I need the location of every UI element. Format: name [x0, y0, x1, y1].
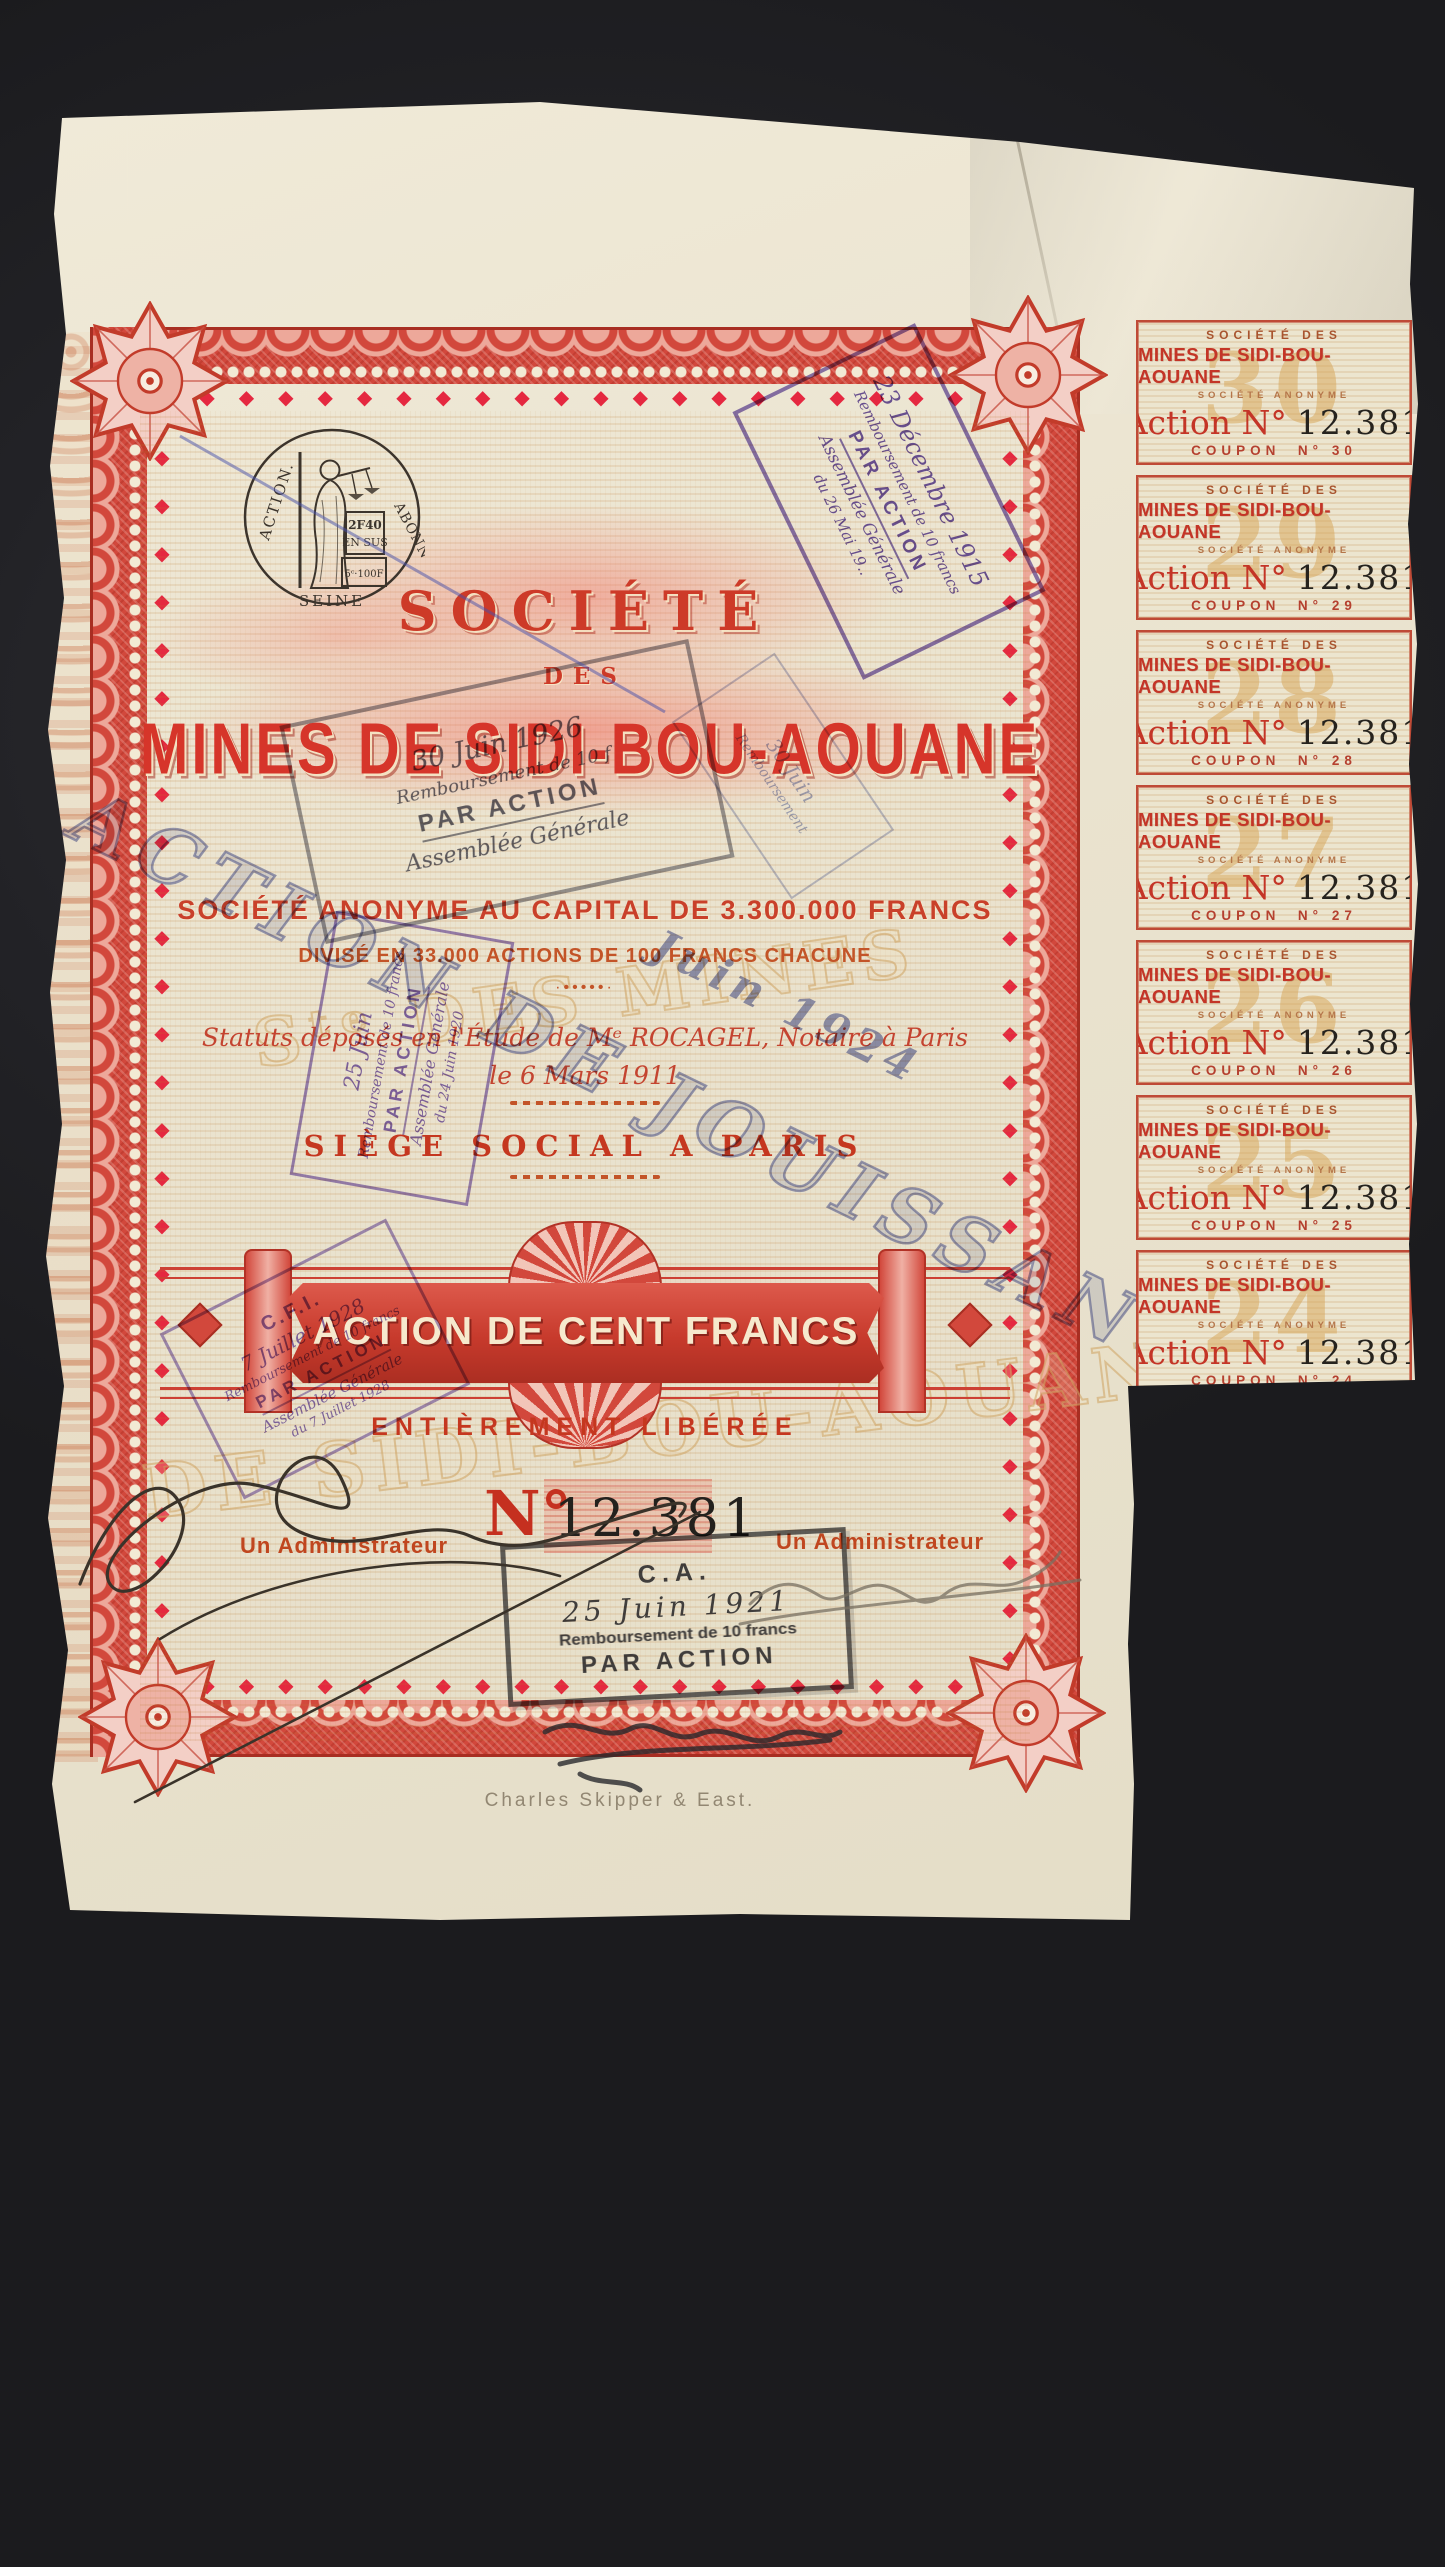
coupon-label: COUPON [1191, 753, 1280, 768]
coupon-action-number-row: Action N°12.381 [1136, 1178, 1412, 1217]
coupon-action-number-row: Action N°12.381 [1136, 868, 1412, 907]
coupon-number: 25 [1332, 1218, 1357, 1233]
denomination-banner: ACTION DE CENT FRANCS AU PORTEUR [288, 1283, 884, 1383]
coupon-company-name: MINES DE SIDI-BOU-AOUANE [1138, 654, 1410, 698]
coupon-number: 24 [1332, 1373, 1357, 1388]
coupon-subtitle: SOCIÉTÉ ANONYME [1198, 1320, 1351, 1331]
coupon-action-number-row: Action N°12.381 [1136, 403, 1412, 442]
coupon-action-label: Action N° [1136, 403, 1287, 442]
coupon-number: 28 [1332, 753, 1357, 768]
title-societe: SOCIÉTÉ [140, 579, 1030, 643]
coupon-number-row: COUPON N° 30 [1191, 443, 1357, 458]
coupon-company-small: SOCIÉTÉ DES [1206, 483, 1342, 497]
dividend-coupon: 30 SOCIÉTÉ DES MINES DE SIDI-BOU-AOUANE … [1136, 320, 1412, 465]
dividend-coupon: 24 SOCIÉTÉ DES MINES DE SIDI-BOU-AOUANE … [1136, 1250, 1412, 1395]
coupon-subtitle: SOCIÉTÉ ANONYME [1198, 1010, 1351, 1021]
coupon-action-number: 12.381 [1297, 558, 1412, 597]
coupon-action-number: 12.381 [1297, 868, 1412, 907]
coupon-label: COUPON [1191, 1373, 1280, 1388]
coupon-company-name: MINES DE SIDI-BOU-AOUANE [1138, 1274, 1410, 1318]
coupon-action-label: Action N° [1136, 1023, 1287, 1062]
coupon-company-name: MINES DE SIDI-BOU-AOUANE [1138, 499, 1410, 543]
coupon-number: 29 [1332, 598, 1357, 613]
coupon-action-number: 12.381 [1297, 1333, 1412, 1372]
coupon-number-row: COUPON N° 26 [1191, 1063, 1357, 1078]
coupon-label: COUPON [1191, 1218, 1280, 1233]
coupon-number: 30 [1332, 443, 1357, 458]
coupon-action-number: 12.381 [1297, 713, 1412, 752]
coupon-number-row: COUPON N° 24 [1191, 1373, 1357, 1388]
coupon-subtitle: SOCIÉTÉ ANONYME [1198, 1165, 1351, 1176]
coupon-company-small: SOCIÉTÉ DES [1206, 638, 1342, 652]
coupon-label: COUPON [1191, 908, 1280, 923]
coupon-company-small: SOCIÉTÉ DES [1206, 328, 1342, 342]
coupon-action-number-row: Action N°12.381 [1136, 558, 1412, 597]
banner-pillar-ornament [878, 1249, 926, 1413]
coupon-no-label: N° [1298, 598, 1323, 613]
coupon-label: COUPON [1191, 1063, 1280, 1078]
coupon-company-name: MINES DE SIDI-BOU-AOUANE [1138, 344, 1410, 388]
coupon-action-number-row: Action N°12.381 [1136, 1333, 1412, 1372]
share-certificate-sheet: ◆◆◆◆◆◆◆◆◆◆◆◆◆◆◆◆◆◆◆◆◆◆◆◆◆◆◆◆◆◆◆◆◆◆◆◆◆◆◆◆… [40, 84, 1430, 1926]
coupon-label: COUPON [1191, 443, 1280, 458]
coupon-no-label: N° [1298, 908, 1323, 923]
coupon-action-label: Action N° [1136, 713, 1287, 752]
siege-social-line: SIÈGE SOCIAL A PARIS [140, 1129, 1030, 1163]
coupon-company-small: SOCIÉTÉ DES [1206, 948, 1342, 962]
fully-paid-line: ENTIÈREMENT LIBÉRÉE [140, 1413, 1030, 1442]
coupon-action-label: Action N° [1136, 868, 1287, 907]
border-dot-row [134, 364, 1036, 380]
coupon-label: COUPON [1191, 598, 1280, 613]
coupon-no-label: N° [1298, 1218, 1323, 1233]
dividend-coupon: 26 SOCIÉTÉ DES MINES DE SIDI-BOU-AOUANE … [1136, 940, 1412, 1085]
administrator-right-label: Un Administrateur [776, 1529, 984, 1555]
administrator-left-label: Un Administrateur [240, 1533, 448, 1559]
coupon-company-name: MINES DE SIDI-BOU-AOUANE [1138, 1119, 1410, 1163]
coupon-action-number-row: Action N°12.381 [1136, 1023, 1412, 1062]
coupon-action-number: 12.381 [1297, 1023, 1412, 1062]
coupon-company-name: MINES DE SIDI-BOU-AOUANE [1138, 964, 1410, 1008]
coupon-company-small: SOCIÉTÉ DES [1206, 793, 1342, 807]
title-des: DES [140, 663, 1030, 690]
coupon-subtitle: SOCIÉTÉ ANONYME [1198, 390, 1351, 401]
coupon-number-row: COUPON N° 27 [1191, 908, 1357, 923]
coupon-action-number-row: Action N°12.381 [1136, 713, 1412, 752]
dividend-coupon: 27 SOCIÉTÉ DES MINES DE SIDI-BOU-AOUANE … [1136, 785, 1412, 930]
coupon-subtitle: SOCIÉTÉ ANONYME [1198, 700, 1351, 711]
coupon-subtitle: SOCIÉTÉ ANONYME [1198, 545, 1351, 556]
coupon-no-label: N° [1298, 753, 1323, 768]
coupon-company-small: SOCIÉTÉ DES [1206, 1258, 1342, 1272]
coupon-company-name: MINES DE SIDI-BOU-AOUANE [1138, 809, 1410, 853]
coupon-number: 26 [1332, 1063, 1357, 1078]
border-diamond-row: ◆◆◆◆◆◆◆◆◆◆◆◆◆◆◆◆◆◆◆◆◆◆◆◆◆◆◆◆◆◆◆◆◆◆◆◆◆◆◆◆… [160, 387, 1030, 409]
coupon-action-label: Action N° [1136, 558, 1287, 597]
printer-imprint: Charles Skipper & East. [370, 1790, 870, 1812]
coupon-number: 27 [1332, 908, 1357, 923]
coupon-number-row: COUPON N° 25 [1191, 1218, 1357, 1233]
coupon-number-row: COUPON N° 28 [1191, 753, 1357, 768]
coupon-no-label: N° [1298, 443, 1323, 458]
coupon-subtitle: SOCIÉTÉ ANONYME [1198, 855, 1351, 866]
photo-of-document: { "photo": { "background_color": "#22222… [0, 0, 1445, 2567]
coupon-no-label: N° [1298, 1063, 1323, 1078]
coupon-action-number: 12.381 [1297, 1178, 1412, 1217]
coupon-action-label: Action N° [1136, 1333, 1287, 1372]
title-company-name: MINES DE SIDI-BOU-AOUANE [140, 707, 1030, 791]
coupon-number-row: COUPON N° 29 [1191, 598, 1357, 613]
coupon-action-label: Action N° [1136, 1178, 1287, 1217]
coupon-company-small: SOCIÉTÉ DES [1206, 1103, 1342, 1117]
coupon-strip: 30 SOCIÉTÉ DES MINES DE SIDI-BOU-AOUANE … [1136, 320, 1414, 1405]
dividend-coupon: 29 SOCIÉTÉ DES MINES DE SIDI-BOU-AOUANE … [1136, 475, 1412, 620]
ornament-divider: ·•••••· [140, 979, 1030, 997]
share-number-value: 12.381 [554, 1489, 760, 1549]
banner-pillar-ornament [244, 1249, 292, 1413]
small-rule [510, 1175, 660, 1179]
coupon-no-label: N° [1298, 1373, 1323, 1388]
dividend-coupon: 28 SOCIÉTÉ DES MINES DE SIDI-BOU-AOUANE … [1136, 630, 1412, 775]
dividend-coupon: 25 SOCIÉTÉ DES MINES DE SIDI-BOU-AOUANE … [1136, 1095, 1412, 1240]
coupon-action-number: 12.381 [1297, 403, 1412, 442]
